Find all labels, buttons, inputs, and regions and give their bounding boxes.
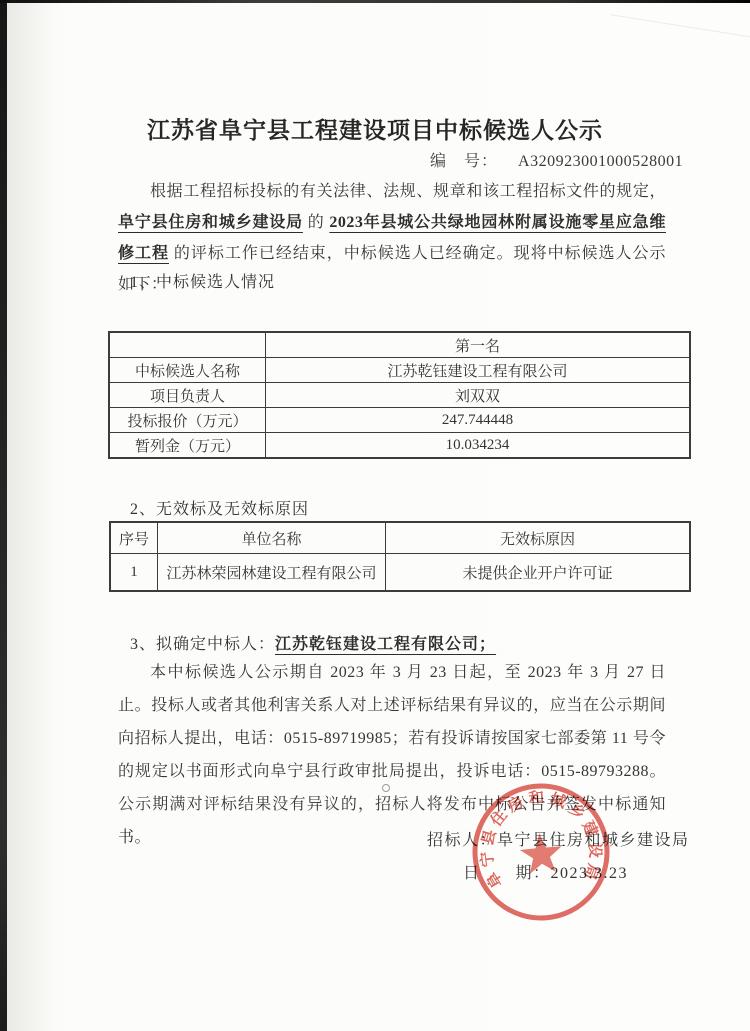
- section-2-heading: 2、无效标及无效标原因: [130, 496, 309, 519]
- cell-company: 江苏林荣园林建设工程有限公司: [158, 554, 386, 591]
- rank-header-empty-cell: [110, 333, 266, 358]
- row-value: 刘双双: [266, 383, 690, 408]
- scan-top-edge-shadow: [0, 0, 750, 3]
- table-row: 1 江苏林荣园林建设工程有限公司 未提供企业开户许可证: [111, 554, 690, 591]
- cell-no: 1: [111, 554, 158, 591]
- intro-text-2: 的: [303, 214, 329, 231]
- row-value: 10.034234: [266, 433, 690, 458]
- table-row: 项目负责人 刘双双: [110, 383, 690, 408]
- col-header-reason: 无效标原因: [386, 523, 690, 554]
- row-label: 投标报价（万元）: [110, 408, 266, 433]
- official-stamp: 阜宁县住房和城乡建设局: [460, 771, 623, 934]
- table-row: 第一名: [110, 333, 690, 358]
- invalid-bids-table: 序号 单位名称 无效标原因 1 江苏林荣园林建设工程有限公司 未提供企业开户许可…: [110, 522, 690, 591]
- section-3-prefix: 3、拟确定中标人：: [130, 636, 275, 653]
- table-header-row: 序号 单位名称 无效标原因: [111, 523, 690, 554]
- row-value: 江苏乾钰建设工程有限公司: [266, 358, 690, 383]
- scan-left-edge-shadow: [0, 0, 7, 1031]
- doc-number-value: A320923001000528001: [518, 153, 683, 170]
- col-header-company: 单位名称: [158, 523, 386, 554]
- intro-text-1: 根据工程招标投标的有关法律、法规、规章和该工程招标文件的规定，: [150, 183, 666, 200]
- row-label: 中标候选人名称: [110, 358, 266, 383]
- paper-crease: [611, 14, 750, 38]
- table-row: 投标报价（万元） 247.744448: [110, 408, 690, 433]
- cell-reason: 未提供企业开户许可证: [386, 554, 690, 591]
- row-value: 247.744448: [266, 408, 690, 433]
- scan-left-shading: [7, 0, 55, 1031]
- doc-number-line: 编 号：A320923001000528001: [430, 148, 683, 171]
- section-1-heading: 1、中标候选人情况: [130, 269, 275, 292]
- confirmed-winner-underlined: 江苏乾钰建设工程有限公司；: [275, 636, 496, 653]
- table-row: 中标候选人名称 江苏乾钰建设工程有限公司: [110, 358, 690, 383]
- stamp-star: [519, 831, 564, 874]
- document-page: 江苏省阜宁县工程建设项目中标候选人公示 编 号：A320923001000528…: [0, 0, 750, 1031]
- rank-header-cell: 第一名: [266, 333, 690, 358]
- table-row: 暂列金（万元） 10.034234: [110, 433, 690, 458]
- section-3-heading: 3、拟确定中标人：江苏乾钰建设工程有限公司；: [130, 631, 496, 654]
- row-label: 项目负责人: [110, 383, 266, 408]
- row-label: 暂列金（万元）: [110, 433, 266, 458]
- page-title: 江苏省阜宁县工程建设项目中标候选人公示: [0, 112, 750, 145]
- col-header-no: 序号: [111, 523, 158, 554]
- tenderer-name-underlined: 阜宁县住房和城乡建设局: [118, 214, 303, 231]
- doc-number-label: 编 号：: [430, 153, 498, 170]
- winner-candidate-table: 第一名 中标候选人名称 江苏乾钰建设工程有限公司 项目负责人 刘双双 投标报价（…: [109, 332, 690, 458]
